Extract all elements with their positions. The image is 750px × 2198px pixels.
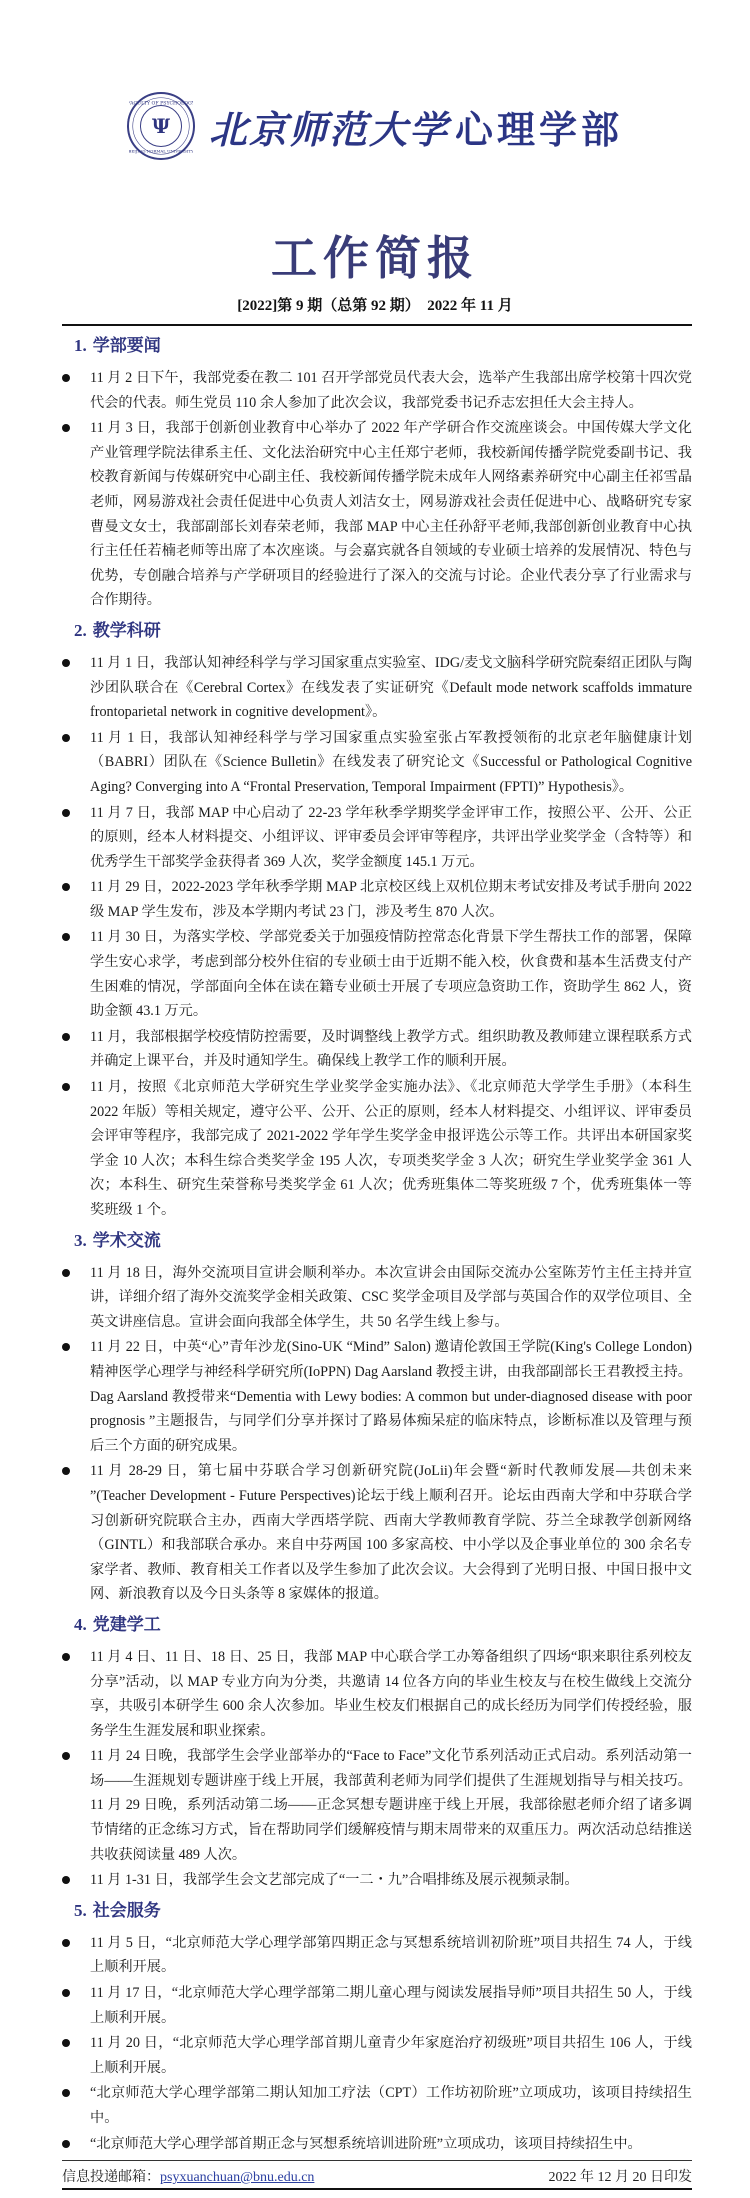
department-name: 心理学部 [455,99,623,154]
list-item: “北京师范大学心理学部第二期认知加工疗法（CPT）工作坊初阶班”立项成功，该项目… [62,2081,692,2130]
list-item: 11 月 2 日下午，我部党委在教二 101 召开学部党员代表大会，选举产生我部… [62,366,692,415]
bullet-icon [62,809,70,817]
masthead: FACULTY OF PSYCHOLOGY BEIJING NORMAL UNI… [0,86,750,166]
bullet-icon [62,1653,70,1661]
bullet-icon [62,933,70,941]
list-item: 11 月 5 日，“北京师范大学心理学部第四期正念与冥想系统培训初阶班”项目共招… [62,1931,692,1980]
svg-text:BEIJING NORMAL UNIVERSITY: BEIJING NORMAL UNIVERSITY [129,148,193,153]
bullet-icon [62,883,70,891]
list-item: 11 月 3 日，我部于创新创业教育中心举办了 2022 年产学研合作交流座谈会… [62,416,692,613]
bullet-icon [62,1752,70,1760]
section-title: 3.学术交流 [62,1227,692,1255]
section-party-student-affairs: 4.党建学工 11 月 4 日、11 日、18 日、25 日，我部 MAP 中心… [62,1611,692,1893]
email-link[interactable]: psyxuanchuan@bnu.edu.cn [160,2170,314,2185]
bulletin-content: 1.学部要闻 11 月 2 日下午，我部党委在教二 101 召开学部党员代表大会… [62,332,692,2160]
contact-email: 信息投递邮箱：psyxuanchuan@bnu.edu.cn [62,2166,314,2186]
list-item: 11 月 22 日，中英“心”青年沙龙(Sino-UK “Mind” Salon… [62,1335,692,1458]
print-date: 2022 年 12 月 20 日印发 [549,2166,693,2186]
list-item: 11 月 29 日，2022-2023 学年秋季学期 MAP 北京校区线上双机位… [62,875,692,924]
list-item: 11 月 4 日、11 日、18 日、25 日，我部 MAP 中心联合学工办筹备… [62,1645,692,1743]
list-item: 11 月 28-29 日，第七届中芬联合学习创新研究院(JoLii)年会暨“新时… [62,1459,692,1607]
header-divider [62,324,692,326]
seal-ring-icon: FACULTY OF PSYCHOLOGY BEIJING NORMAL UNI… [129,94,193,158]
document-title: 工作简报 [0,222,750,288]
list-item: 11 月 20 日，“北京师范大学心理学部首期儿童青少年家庭治疗初级班”项目共招… [62,2031,692,2080]
list-item: 11 月，按照《北京师范大学研究生学业奖学金实施办法》、《北京师范大学学生手册》… [62,1075,692,1223]
list-item: 11 月 17 日，“北京师范大学心理学部第二期儿童心理与阅读发展指导师”项目共… [62,1981,692,2030]
faculty-seal-logo: FACULTY OF PSYCHOLOGY BEIJING NORMAL UNI… [127,92,195,160]
section-teaching-research: 2.教学科研 11 月 1 日，我部认知神经科学与学习国家重点实验室、IDG/麦… [62,617,692,1223]
bullet-icon [62,2089,70,2097]
list-item: 11 月 24 日晚，我部学生会学业部举办的“Face to Face”文化节系… [62,1744,692,1867]
footer: 信息投递邮箱：psyxuanchuan@bnu.edu.cn 2022 年 12… [62,2166,692,2186]
bullet-icon [62,1083,70,1091]
bullet-icon [62,424,70,432]
bullet-icon [62,734,70,742]
section-social-service: 5.社会服务 11 月 5 日，“北京师范大学心理学部第四期正念与冥想系统培训初… [62,1897,692,2156]
list-item: “北京师范大学心理学部首期正念与冥想系统培训进阶班”立项成功，该项目持续招生中。 [62,2132,692,2157]
bullet-icon [62,1467,70,1475]
university-name: 北京师范大学 [209,99,449,154]
bullet-icon [62,1033,70,1041]
list-item: 11 月 18 日，海外交流项目宣讲会顺利举办。本次宣讲会由国际交流办公室陈芳竹… [62,1261,692,1335]
bullet-icon [62,1269,70,1277]
bullet-icon [62,1939,70,1947]
section-academic-exchange: 3.学术交流 11 月 18 日，海外交流项目宣讲会顺利举办。本次宣讲会由国际交… [62,1227,692,1607]
bullet-icon [62,1876,70,1884]
bullet-icon [62,2039,70,2047]
section-title: 4.党建学工 [62,1611,692,1639]
bullet-icon [62,1343,70,1351]
section-title: 5.社会服务 [62,1897,692,1925]
footer-bottom-rule [62,2188,692,2190]
section-news: 1.学部要闻 11 月 2 日下午，我部党委在教二 101 召开学部党员代表大会… [62,332,692,613]
list-item: 11 月 1-31 日，我部学生会文艺部完成了“一二・九”合唱排练及展示视频录制… [62,1868,692,1893]
issue-line: [2022]第 9 期（总第 92 期） 2022 年 11 月 [0,294,750,315]
list-item: 11 月，我部根据学校疫情防控需要，及时调整线上教学方式。组织助教及教师建立课程… [62,1025,692,1074]
bullet-icon [62,374,70,382]
list-item: 11 月 7 日，我部 MAP 中心启动了 22-23 学年秋季学期奖学金评审工… [62,801,692,875]
bullet-icon [62,659,70,667]
list-item: 11 月 1 日，我部认知神经科学与学习国家重点实验室、IDG/麦戈文脑科学研究… [62,651,692,725]
bullet-icon [62,2140,70,2148]
bullet-icon [62,1989,70,1997]
list-item: 11 月 30 日，为落实学校、学部党委关于加强疫情防控常态化背景下学生帮扶工作… [62,925,692,1023]
section-title: 2.教学科研 [62,617,692,645]
svg-text:FACULTY OF PSYCHOLOGY: FACULTY OF PSYCHOLOGY [129,100,193,106]
list-item: 11 月 1 日，我部认知神经科学与学习国家重点实验室张占军教授领衔的北京老年脑… [62,726,692,800]
footer-divider [62,2160,692,2161]
section-title: 1.学部要闻 [62,332,692,360]
